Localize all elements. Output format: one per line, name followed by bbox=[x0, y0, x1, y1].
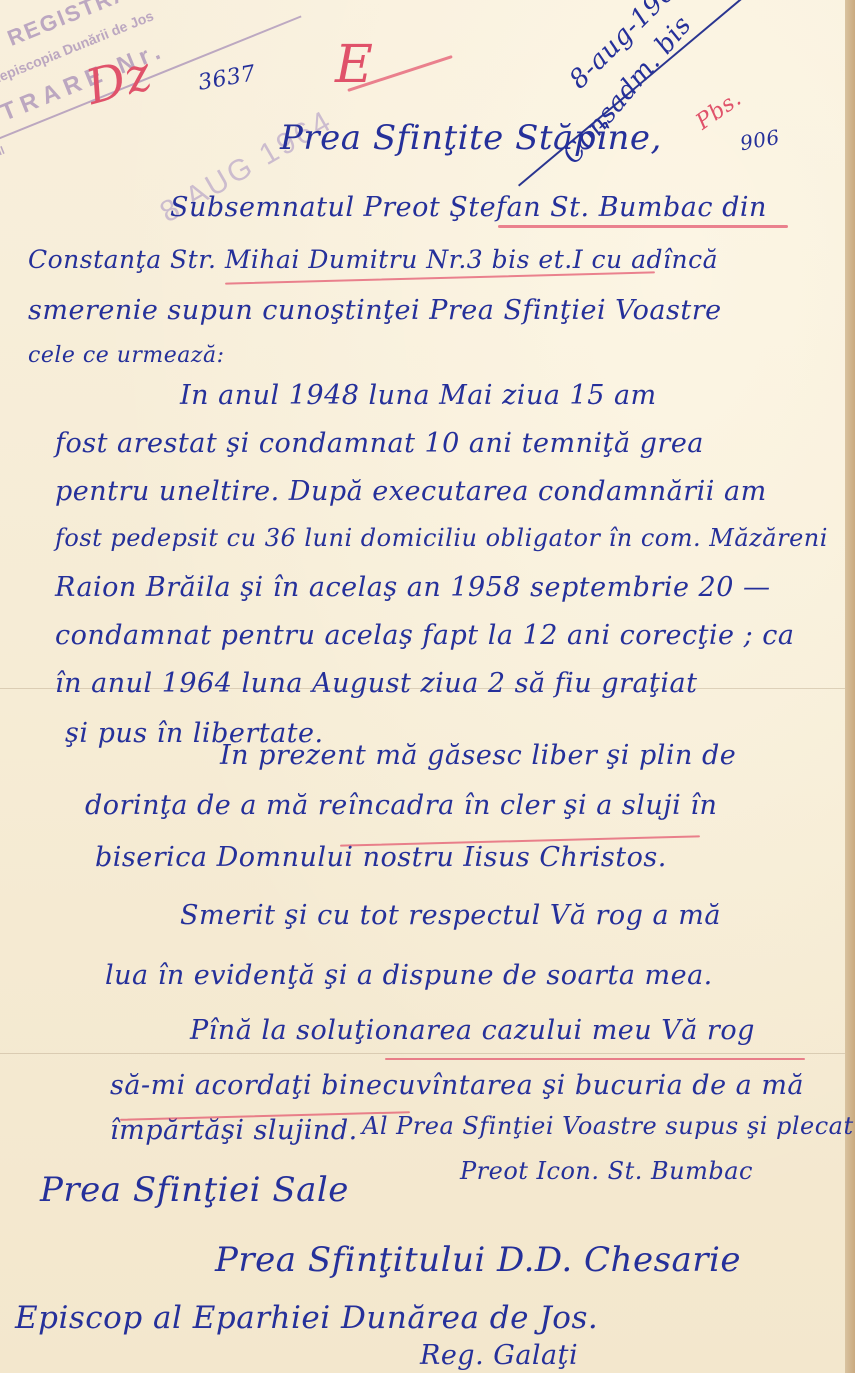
body-line: condamnat pentru acelaş fapt la 12 ani c… bbox=[55, 620, 795, 651]
red-underline bbox=[385, 1058, 805, 1060]
closing: Al Prea Sfinţiei Voastre supus şi plecat bbox=[362, 1112, 854, 1140]
body-line: Smerit şi cu tot respectul Vă rog a mă bbox=[180, 900, 721, 931]
body-line: Constanţa Str. Mihai Dumitru Nr.3 bis et… bbox=[28, 245, 718, 274]
addressee-line: Episcop al Eparhiei Dunărea de Jos. bbox=[15, 1300, 598, 1336]
red-underline bbox=[498, 225, 788, 228]
addressee-line: Reg. Galaţi bbox=[420, 1340, 578, 1371]
signature: Preot Icon. St. Bumbac bbox=[460, 1157, 753, 1185]
body-line: smerenie supun cunoştinţei Prea Sfinţiei… bbox=[28, 295, 722, 326]
body-line: dorinţa de a mă reîncadra în cler şi a s… bbox=[85, 790, 717, 821]
body-line: Subsemnatul Preot Ştefan St. Bumbac din bbox=[170, 192, 767, 223]
body-line: In prezent mă găsesc liber şi plin de bbox=[220, 740, 736, 771]
body-line: să-mi acordaţi binecuvîntarea şi bucuria… bbox=[110, 1070, 804, 1101]
body-line: Pînă la soluţionarea cazului meu Vă rog bbox=[190, 1015, 755, 1046]
stamp-year-label: Anul bbox=[0, 145, 6, 165]
body-line: pentru uneltire. După executarea condamn… bbox=[55, 476, 767, 507]
addressee-line: Prea Sfinţitului D.D. Chesarie bbox=[215, 1240, 741, 1280]
body-line: Raion Brăila şi în acelaş an 1958 septem… bbox=[55, 572, 771, 603]
body-line: cele ce urmează: bbox=[28, 343, 225, 368]
body-line: lua în evidenţă şi a dispune de soarta m… bbox=[105, 960, 713, 991]
body-line: In anul 1948 luna Mai ziua 15 am bbox=[180, 380, 657, 411]
body-line: fost arestat şi condamnat 10 ani temniţă… bbox=[55, 428, 704, 459]
salutation: Prea Sfinţite Stăpîne, bbox=[280, 118, 662, 158]
body-line: biserica Domnului nostru Iisus Christos. bbox=[95, 842, 667, 873]
tear-line bbox=[0, 1053, 845, 1054]
body-line: în anul 1964 luna August ziua 2 să fiu g… bbox=[55, 668, 697, 699]
addressee-line: Prea Sfinţiei Sale bbox=[40, 1170, 349, 1210]
paper-edge bbox=[845, 0, 855, 1373]
body-line: fost pedepsit cu 36 luni domiciliu oblig… bbox=[55, 524, 828, 552]
